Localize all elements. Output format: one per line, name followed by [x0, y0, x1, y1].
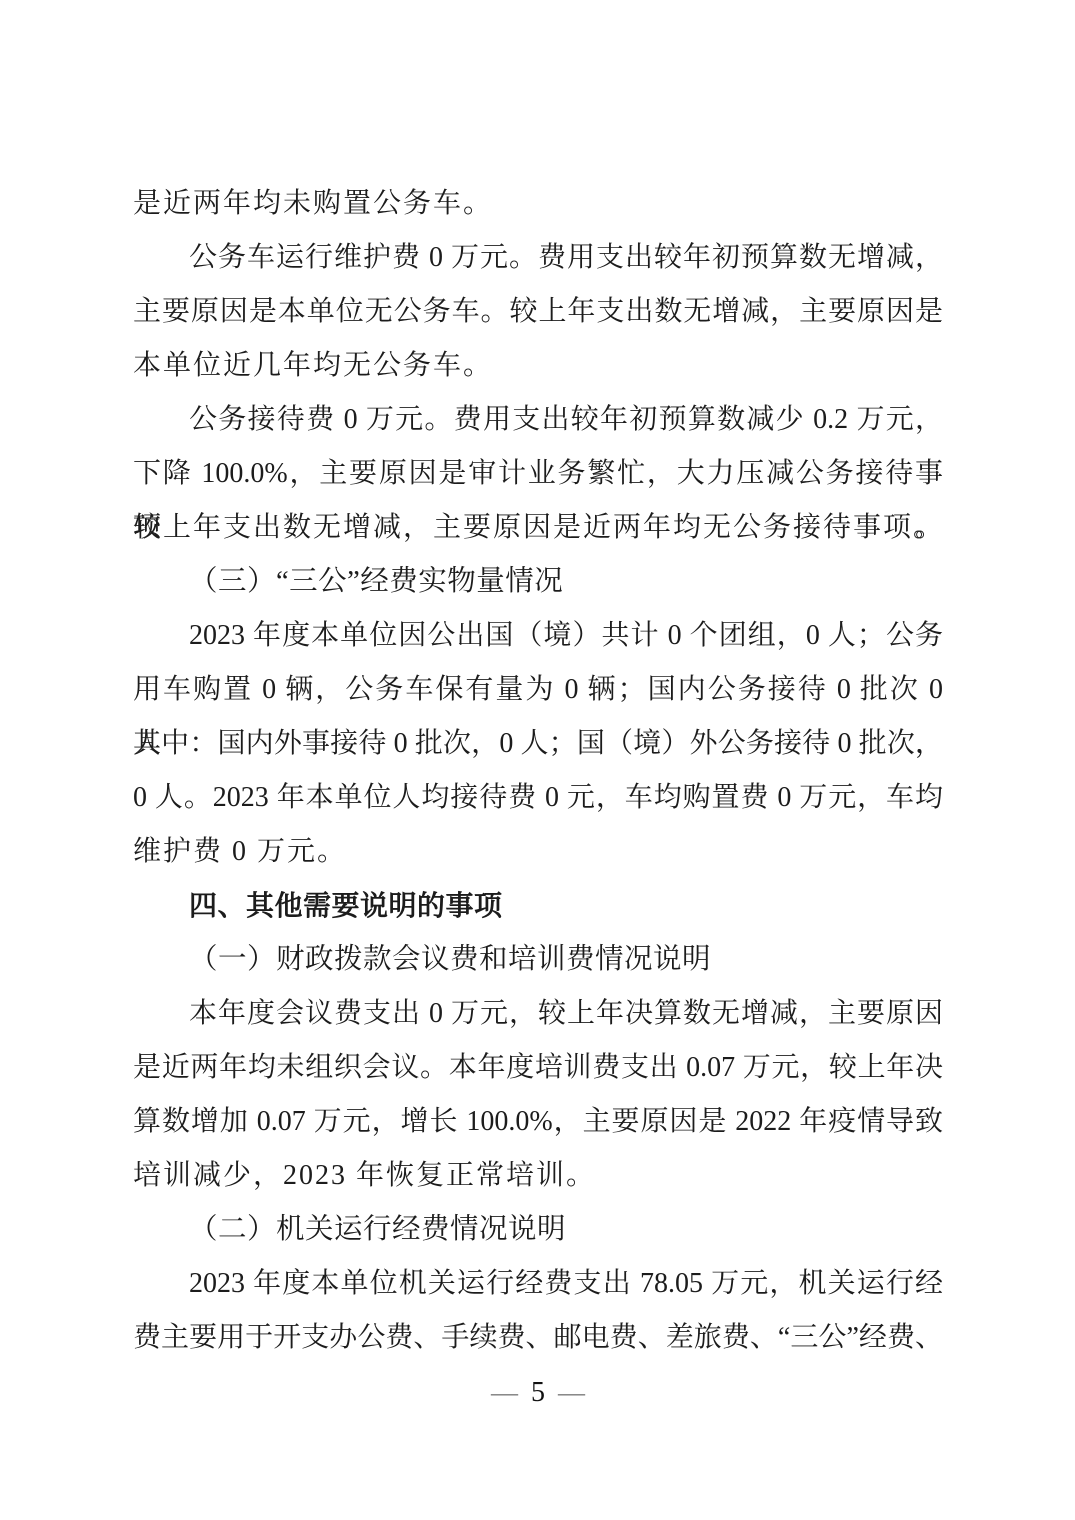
subsection-heading-2: （二）机关运行经费情况说明	[133, 1203, 943, 1257]
paragraph-line: 2023 年度本单位机关运行经费支出 78.05 万元，机关运行经	[133, 1257, 943, 1311]
section-heading-4: 四、其他需要说明的事项	[133, 879, 943, 933]
subsection-heading-3: （三）“三公”经费实物量情况	[133, 555, 943, 609]
paragraph-line: 本年度会议费支出 0 万元，较上年决算数无增减，主要原因	[133, 987, 943, 1041]
paragraph-line: 公务车运行维护费 0 万元。费用支出较年初预算数无增减，	[133, 231, 943, 285]
page-number: 5	[531, 1377, 545, 1408]
subsection-heading-1: （一）财政拨款会议费和培训费情况说明	[133, 933, 943, 987]
page-footer: —5—	[133, 1365, 943, 1419]
paragraph-line: 本单位近几年均无公务车。	[133, 339, 943, 393]
footer-dash-right: —	[558, 1377, 585, 1407]
paragraph-line: 培训减少，2023 年恢复正常培训。	[133, 1149, 943, 1203]
paragraph-line: 是近两年均未购置公务车。	[133, 177, 943, 231]
paragraph-line: 维护费 0 万元。	[133, 825, 943, 879]
paragraph-line: 较上年支出数无增减，主要原因是近两年均无公务接待事项。	[133, 501, 943, 555]
paragraph-line: 用车购置 0 辆，公务车保有量为 0 辆；国内公务接待 0 批次 0 人，	[133, 663, 943, 717]
paragraph-line: 费主要用于开支办公费、手续费、邮电费、差旅费、“三公”经费、	[133, 1311, 943, 1365]
paragraph-line: 公务接待费 0 万元。费用支出较年初预算数减少 0.2 万元，	[133, 393, 943, 447]
paragraph-line: 主要原因是本单位无公务车。较上年支出数无增减，主要原因是	[133, 285, 943, 339]
document-page: 是近两年均未购置公务车。 公务车运行维护费 0 万元。费用支出较年初预算数无增减…	[0, 0, 1075, 1520]
paragraph-line: 下降 100.0%，主要原因是审计业务繁忙，大力压减公务接待事项。	[133, 447, 943, 501]
paragraph-line: 算数增加 0.07 万元，增长 100.0%，主要原因是 2022 年疫情导致	[133, 1095, 943, 1149]
footer-dash-left: —	[491, 1377, 518, 1407]
paragraph-line: 是近两年均未组织会议。本年度培训费支出 0.07 万元，较上年决	[133, 1041, 943, 1095]
paragraph-line: 其中：国内外事接待 0 批次，0 人；国（境）外公务接待 0 批次，	[133, 717, 943, 771]
paragraph-line: 0 人。2023 年本单位人均接待费 0 元，车均购置费 0 万元，车均	[133, 771, 943, 825]
paragraph-line: 2023 年度本单位因公出国（境）共计 0 个团组，0 人；公务	[133, 609, 943, 663]
